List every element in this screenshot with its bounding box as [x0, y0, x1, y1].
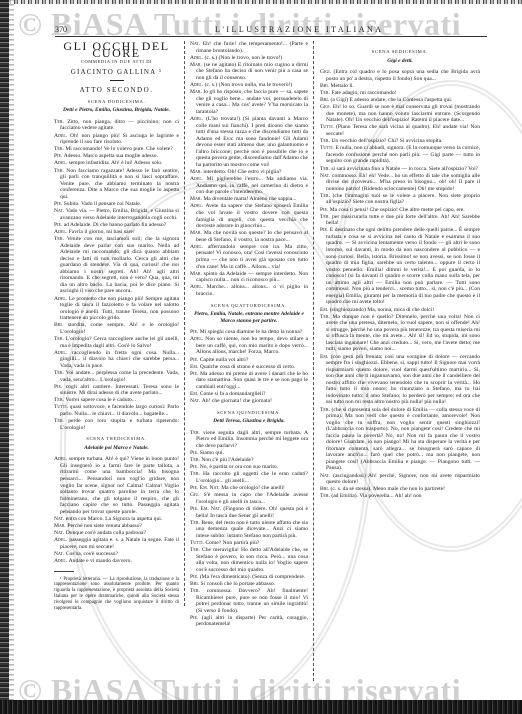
dialogue-text: per rassicurarla tutte e due più forte d…	[326, 214, 480, 227]
dialogue-text: Non so niente, non ho tempo, devo stilar…	[196, 336, 308, 355]
dialogue-line: Em. (con gesti più frenata; così una vor…	[320, 354, 480, 406]
dialogue-line: Pie. Em. Nat. (Fingono di ridere. Oh! qu…	[190, 506, 308, 519]
speaker-name: Giu.	[190, 492, 204, 498]
dialogue-text: Ma diventate matta! Almeno che sappia...	[203, 196, 296, 202]
dialogue-line: Nat. Vado via. — Pietro, Emilia, Brigida…	[54, 208, 179, 221]
dialogue-line: Mar. spinto da Adelaide — sempre interde…	[190, 271, 308, 284]
dialogue-line: Bri. Mettalo lì.	[320, 83, 480, 90]
dialogue-line: Ter. Mi raccomando! Ve lo volevo pure. C…	[54, 146, 179, 153]
speaker-name: Mar.	[190, 196, 203, 202]
dialogue-text: Ma cosa ti pensi! Che ospizio! Che altre…	[330, 207, 465, 213]
dialogue-text: interdetto. Oh! Che estro vi piglia?	[203, 169, 281, 175]
dialogue-text: Dunque cos'è andata colla padrona?	[66, 530, 146, 536]
dialogue-line: Adel. raccogliendo in fretta ogni cosa. …	[54, 350, 179, 370]
dialogue-line: Ter. viene seguita dagli altri, sempre t…	[190, 430, 308, 450]
dialogue-line: Ter. Un vecchio dell'ospizio? Chi? Si av…	[320, 138, 480, 145]
speaker-name: Adel.	[190, 116, 206, 122]
dialogue-text: Avete da sapere che Stefano sposerà Emil…	[196, 203, 308, 229]
dialogue-line: Adel. (c. s.) (Non le trovo, non le trov…	[190, 55, 308, 62]
footnote: ¹ Proprietà letteraria. — La riproduzion…	[54, 577, 179, 612]
speaker-name: Gigi.	[320, 69, 333, 75]
dialogue-text: (a Gigi) E adesso andate, che la Contess…	[331, 97, 453, 103]
dialogue-text: Mi spieghi cosa diamine le ha detto la n…	[200, 329, 303, 335]
dialogue-line: Tutti. (Piano Teresa che sarà vicina al …	[320, 124, 480, 137]
dialogue-line: Bri. Si consoli che lo portate abbasso.	[190, 581, 308, 588]
column-1: GLI OCCHI DEL CUORE COMMEDIA IN DUE ATTI…	[54, 41, 179, 611]
dialogue-line: Pie. No, è partita or ora con suo marito…	[190, 464, 308, 471]
dialogue-line: Nat. commosso. Eh! eh! Vede... ho un eff…	[320, 173, 480, 193]
dialogue-text: (c. s.) (Non le trovo, non le trovo!)	[205, 55, 283, 61]
dialogue-text: Voi andate... perplessa come la preceden…	[60, 370, 179, 383]
speaker-name: Bri.	[54, 322, 68, 328]
dialogue-line: Bri. (a Gigi) E adesso andate, che la Co…	[320, 97, 480, 104]
speaker-name: Ter.	[320, 314, 332, 320]
dialogue-line: Ter. Che meraviglia! Ho detto all'Adelai…	[190, 547, 308, 573]
speaker-name: Gigi.	[320, 104, 333, 110]
column-divider	[184, 41, 185, 606]
dialogue-text: Ma che novità son queste? Io che pensavo…	[196, 230, 308, 243]
dialogue-text: perde con loro stupita e turbata ripeten…	[60, 418, 179, 431]
dialogue-text: Che meraviglia! Ho detto all'Adelaide ch…	[196, 547, 308, 573]
speaker-name: Tutti.	[320, 145, 335, 151]
speaker-name: Mar.	[190, 271, 204, 277]
speaker-name: Ter.	[190, 588, 207, 594]
speaker-name: Ter.	[320, 193, 333, 199]
scene-cast: Detti Teresa, Giustina e Brigida.	[190, 418, 308, 425]
play-subtitle: COMMEDIA IN DUE ATTI DI	[54, 59, 179, 66]
dialogue-text: (Piano Teresa che sarà vicina al quadro)…	[326, 124, 480, 137]
dialogue-text: (c. s.) (Non trovo nulla, ma le troverò!…	[205, 82, 293, 88]
speaker-name: Pie.	[190, 357, 200, 363]
dialogue-line: Adel. Andate e vi mando davvero.	[54, 558, 179, 565]
dialogue-text: quasi sottovoce, e facendole largo curio…	[60, 404, 179, 417]
title-rule	[110, 80, 124, 81]
dialogue-text: (Ma l'era dimenticato). (Senza di compre…	[200, 574, 306, 580]
dialogue-line: Adel. Le prometto che non piango più! Se…	[54, 296, 179, 322]
dialogue-text: Un vecchio dell'ospizio? Chi? Si avvicin…	[331, 138, 442, 144]
dialogue-text: (che l'immagini tuoi se le volete a piac…	[326, 193, 480, 206]
dialogue-text: Io gli ho risposto, che faccia pure — sa…	[196, 89, 308, 115]
dialogue-line: Nat. Ah! che giornata! che giornata!	[190, 398, 308, 405]
dialogue-text: ad Adelaide. Di che hanno parlato fin ad…	[64, 222, 167, 228]
scene-cast: Gigi e detti.	[320, 58, 480, 65]
speaker-name: Ter.	[190, 430, 203, 436]
speaker-name: Mar.	[190, 169, 203, 175]
speaker-name: Adel.	[54, 160, 69, 166]
speaker-name: Adel.	[190, 176, 207, 182]
dialogue-line: Ter. commossa. Davvero? Ah! finalmente! …	[190, 588, 308, 614]
dialogue-line: Bri. stordita, come sempre. Ah! e le oro…	[54, 322, 179, 335]
dialogue-line: Ter. Vorrei sapere cosa le è caduto...	[54, 397, 179, 404]
dialogue-text: (singhiozzando) Ma, nonna, mica di che d…	[330, 307, 434, 313]
dialogue-line: Pie. (Ma l'era dimenticato). (Senza di c…	[190, 574, 308, 581]
dialogue-line: Pie. (agli altri in disparte) Per carità…	[190, 615, 308, 628]
speaker-name: Nat.	[54, 551, 66, 557]
speaker-name: Ter.	[320, 407, 332, 413]
dialogue-line: Pie. Adesso. Marco aspetta sua moglie ad…	[54, 153, 179, 160]
dialogue-line: Adel. Non so niente, non ho tempo, devo …	[190, 336, 308, 356]
dialogue-text: Non facciamo ragazzate! Adesso le farò s…	[60, 168, 179, 200]
speaker-name: Pie.	[54, 384, 66, 390]
speaker-name: Adel.	[190, 336, 205, 342]
speaker-name: Nat.	[54, 516, 66, 522]
dialogue-text: Qualche cosa di strano è successo di cer…	[200, 364, 295, 370]
dialogue-line: Ter. Ha raccolto gli oggetti che le eran…	[190, 471, 308, 484]
speaker-name: Mar.	[54, 523, 67, 529]
dialogue-line: Em. (singhiozzando) Ma, nonna, mica di c…	[320, 307, 480, 314]
speaker-name: Pie. Em. Nat.	[190, 506, 223, 512]
dialogue-line: Ter. Zitto, non pianga, ditro — piccinin…	[54, 119, 179, 132]
dialogue-text: sempre turbata. Ah! è qui? Viene in buon…	[60, 456, 179, 514]
dialogue-line: Adel. (c. s.) (Non trovo nulla, ma le tr…	[190, 82, 308, 89]
dialogue-line: Ter. Non c'è più l'Adelaide?	[190, 457, 308, 464]
speaker-name: Pie.	[190, 615, 202, 621]
dialogue-text: (che si ripresenta sola del dolore di Em…	[326, 407, 480, 472]
dialogue-text: Favria il giorno, mi basi sare!	[69, 229, 135, 235]
dialogue-line: Ter. (che si ripresenta sola del dolore …	[320, 407, 480, 472]
dialogue-text: sempre infastidita. Ah! è lui! Adesso so…	[69, 160, 163, 166]
dialogue-line: Tutti. E nulla, non ci abbadi, signora. …	[320, 145, 480, 165]
dialogue-text: commosso. Eh! eh! Vede... ho un effetto …	[326, 173, 480, 192]
speaker-name: Ter.	[320, 166, 331, 172]
dialogue-text: Venite con me, lasciamoli soli; che la s…	[60, 236, 179, 294]
dialogue-text: commossa. Davvero? Ah! finalmente! Ricam…	[196, 588, 308, 614]
speaker-name: Ter.	[320, 138, 331, 144]
speaker-name: Ter.	[54, 336, 66, 342]
speaker-name: Nat.	[54, 208, 66, 214]
dialogue-text: Fate adagio, mi raccomando!	[331, 90, 396, 96]
speaker-name: Em.	[190, 364, 200, 370]
dialogue-line: Ter. si sarà avvicinata fino a Natale — …	[320, 166, 480, 173]
speaker-name: Nat.	[320, 173, 332, 179]
dialogue-text: Eh! che furie! che temperamento!... (Par…	[196, 41, 308, 54]
dialogue-text: Capite nulla voi altri?	[200, 357, 249, 363]
dialogue-line: Pie. Subito. Vado il pensare coi Natale.	[54, 201, 179, 208]
dialogue-text: Ah! che giornata! che giornata!	[202, 398, 272, 404]
speaker-name: Adel.	[54, 133, 70, 139]
speaker-name: Pie.	[54, 153, 64, 159]
speaker-name: Adel.	[54, 537, 69, 543]
dialogue-text: (c. s. da sé stessa). Meno male che non …	[331, 486, 445, 492]
dialogue-text: Si consoli che lo portate abbasso.	[201, 581, 276, 587]
speaker-name: Ter.	[190, 520, 201, 526]
speaker-name: Mar.	[190, 230, 204, 236]
dialogue-line: Pie. Ma cosa ti pensi! Che ospizio! Che …	[320, 207, 480, 214]
speaker-name: Em.	[190, 391, 200, 397]
dialogue-line: Nat. Cos'ha, cos'è successo?	[54, 551, 179, 558]
dialogue-text: raccogliendo in fretta ogni cosa. Nulla.…	[60, 350, 179, 369]
dialogue-block: Gigi. (Entra col quadro e lo posa sopra …	[320, 69, 480, 500]
speaker-name: Ter.	[54, 146, 65, 152]
speaker-name: Adel.	[54, 558, 69, 564]
dialogue-line: Pie. Em. Nat. Ma che orologio! che anell…	[190, 485, 308, 492]
dialogue-line: Ter. (ad Emilia). Via poverella... Ah! a…	[320, 493, 480, 500]
speaker-name: Tutti.	[320, 124, 336, 130]
speaker-name: Pie.	[190, 371, 200, 377]
footnote-rule	[54, 571, 74, 572]
dialogue-line: Mar. Ma diventate matta! Almeno che sapp…	[190, 196, 308, 203]
speaker-name: Ter.	[190, 547, 202, 553]
dialogue-text: spinto da Adelaide — sempre interdetto. …	[196, 271, 308, 284]
dialogue-block: Ter. viene seguita dagli altri, sempre t…	[190, 430, 308, 628]
dialogue-text: (L'ho trovata!) (Si pianta davanti a Mar…	[196, 116, 308, 168]
dialogue-line: Ter. Fate adagio, mi raccomando!	[320, 90, 480, 97]
speaker-name: Pie.	[190, 464, 200, 470]
dialogue-line: Nat. Eh! che furie! che temperamento!...…	[190, 41, 308, 54]
speaker-name: Adel.	[54, 456, 69, 462]
dialogue-block: Nat. Eh! che furie! che temperamento!...…	[190, 41, 308, 298]
dialogue-text: Ma adesso mi preme di avere i danari che…	[196, 371, 308, 390]
column-divider	[313, 41, 314, 681]
dialogue-text: Subito. Vado il pensare coi Natale.	[64, 201, 141, 207]
dialogue-text: Marche... allons... allons... o vi pigli…	[196, 284, 308, 297]
dialogue-text: Andate e vi mando davvero.	[69, 558, 132, 564]
dialogue-text: (se ne agitato) E ritornato mio cugino a…	[196, 62, 308, 81]
dialogue-line: Giu. S'è messa in capo che l'Adelaide av…	[190, 492, 308, 505]
speaker-name: Ter.	[320, 214, 332, 220]
dialogue-line: Gigi. (Entra col quadro e lo posa sopra …	[320, 69, 480, 82]
dialogue-line: Ter. Bene, del resto non è tutto niente …	[190, 520, 308, 540]
dialogue-line: Em. Come si fa a domandarglieli?	[190, 391, 308, 398]
dialogue-line: Nat. entra con Marco. La Signora la aspe…	[54, 516, 179, 523]
play-author: GIACINTO GALLINA ¹	[54, 69, 179, 76]
dialogue-text: Non c'è più l'Adelaide?	[201, 457, 253, 463]
speaker-name: Nat.	[320, 473, 333, 479]
speaker-name: Pie.	[320, 227, 330, 233]
dialogue-text: Come? Non partirà più?	[205, 540, 259, 546]
page-number: 370	[55, 25, 67, 34]
speaker-name: Nat.	[190, 41, 203, 47]
dialogue-line: Pie. E destinato che ogni delitto prende…	[320, 227, 480, 306]
scene-heading: SCENA QUINDICESIMA.	[190, 410, 308, 417]
speaker-name: Bri.	[320, 486, 331, 492]
scene-cast: Pietro, Emilia, Natale, entrano mentre A…	[190, 311, 308, 324]
dialogue-text: L'orologio? Cerca raccogliere anche lei …	[60, 336, 179, 349]
speaker-name: Bri.	[320, 83, 331, 89]
speaker-name: Nat.	[190, 398, 202, 404]
scene-heading: SCENA SEDICESIMA.	[320, 49, 480, 56]
speaker-name: Adel.	[54, 296, 69, 302]
dialogue-line: Ter. (che l'immagini tuoi se le volete a…	[320, 193, 480, 206]
dialogue-line: Pie. cogli altri cantiere. Interessati. …	[54, 384, 179, 397]
dialogue-text: viene seguita dagli altri, sempre turbat…	[196, 430, 308, 449]
scan-bottom-edge	[0, 700, 522, 714]
dialogue-line: Pie. ad Adelaide. Di che hanno parlato f…	[54, 222, 179, 229]
column-2: Nat. Eh! che furie! che temperamento!...…	[190, 41, 308, 629]
speaker-name: Adel.	[54, 350, 72, 356]
dialogue-text: Ma dunque non è quello? Ditemelo, perchè…	[326, 314, 480, 353]
act-heading: ATTO SECONDO.	[54, 87, 179, 94]
dialogue-text: Ma che orologio! che anelli!	[221, 485, 285, 491]
dialogue-text: cogli altri cantiere. Interessati. Teres…	[60, 384, 179, 397]
dialogue-text: Cos'ha, cos'è successo?	[66, 551, 118, 557]
dialogue-text: Oh! non piango più! Si asciuga le lagrim…	[60, 133, 179, 146]
dialogue-line: Pie. Mi spieghi cosa diamine le ha detto…	[190, 329, 308, 336]
dialogue-text: (asciugandosi) Ah! perchè, Signore, non …	[326, 473, 480, 486]
speaker-name: Bri.	[320, 97, 331, 103]
dialogue-text: (ad Emilia). Via poverella... Ah! ah! no…	[331, 493, 421, 499]
speaker-name: Adel.	[190, 55, 205, 61]
speaker-name: Pie.	[190, 574, 200, 580]
dialogue-line: Ter. Venite con me, lasciamoli soli; che…	[54, 236, 179, 295]
speaker-name: Adel.	[190, 82, 205, 88]
dialogue-line: Em. Qualche cosa di strano è successo di…	[190, 364, 308, 371]
dialogue-line: Adel. sempre turbata. Ah! è qui? Viene i…	[54, 456, 179, 515]
dialogue-text: (con gesti più frenata; così una voragin…	[326, 354, 480, 406]
dialogue-text: S'è messa in capo che l'Adelaide avesse …	[196, 492, 308, 505]
speaker-name: Ter.	[54, 370, 66, 376]
dialogue-line: Pie. Capite nulla voi altri?	[190, 357, 308, 364]
speaker-name: Mar.	[190, 89, 203, 95]
speaker-name: Pie.	[320, 207, 330, 213]
speaker-name: Ter.	[320, 90, 331, 96]
dialogue-text: (Entra col quadro e lo posa sopra una se…	[326, 69, 480, 82]
speaker-name: Bri.	[190, 581, 201, 587]
dialogue-text: si sarà avvicinata fino a Natale — lo to…	[331, 166, 478, 172]
dialogue-line: Ter. per rassicurarla tutte e due più fo…	[320, 214, 480, 227]
dialogue-text: Siamo qui.	[200, 450, 224, 456]
dialogue-text: Le prometto che non piango più! Sempre a…	[60, 296, 179, 322]
header-rule	[55, 36, 487, 37]
dialogue-text: Come si fa a domandarglieli?	[200, 391, 266, 397]
dialogue-text: entra con Marco. La Signora la aspetta q…	[66, 516, 162, 522]
scene-cast: Adelaide poi Marco e Natale.	[54, 445, 179, 452]
dialogue-line: Pie. Ma adesso mi preme di avere i danar…	[190, 371, 308, 391]
dialogue-line: Tutti. quasi sottovoce, e facendole larg…	[54, 404, 179, 417]
speaker-name: Adel.	[190, 203, 205, 209]
dialogue-text: Eh! lo so. Guardi se non è mai conservat…	[326, 104, 480, 123]
dialogue-line: Mar. interdetto. Oh! Che estro vi piglia…	[190, 169, 308, 176]
speaker-name: Em.	[320, 307, 330, 313]
speaker-name: Ter.	[190, 471, 203, 477]
speaker-name: Nat.	[54, 530, 66, 536]
dialogue-line: Mar. Ma che novità son queste? Io che pe…	[190, 230, 308, 243]
dialogue-line: Bri. (c. s. da sé stessa). Meno male che…	[320, 486, 480, 493]
column-3: SCENA SEDICESIMA. Gigi e detti. Gigi. (E…	[320, 44, 480, 501]
scene-heading: SCENA DODICESIMA.	[54, 99, 179, 106]
scan-top-edge	[0, 0, 522, 4]
speaker-name: Ter.	[54, 418, 68, 424]
speaker-name: Ter.	[320, 493, 331, 499]
dialogue-line: Adel. sempre infastidita. Ah! è lui! Ade…	[54, 160, 179, 167]
dialogue-text: E destinato che ogni delitto prendere de…	[326, 227, 480, 305]
speaker-name: Mar.	[190, 62, 204, 68]
dialogue-text: Mi raccomando! Ve lo volevo pure. Che vo…	[65, 146, 172, 152]
dialogue-line: Adel. Marche... allons... allons... o vi…	[190, 284, 308, 297]
speaker-name: Ter.	[54, 397, 65, 403]
dialogue-text: Zitto, non pianga, ditro — piccinino; no…	[60, 119, 179, 132]
speaker-name: Pie.	[190, 329, 200, 335]
dialogue-line: Nat. (asciugandosi) Ah! perchè, Signore,…	[320, 473, 480, 486]
dialogue-text: Ha raccolto gli oggetti che le eran cadu…	[196, 471, 308, 484]
dialogue-line: Mar. Perchè non siete venuta abbasso?	[54, 523, 179, 530]
scan-binding-shadow	[9, 0, 14, 700]
dialogue-line: Tutti. Come? Non partirà più?	[190, 540, 308, 547]
dialogue-text: Perchè non siete venuta abbasso?	[67, 523, 142, 529]
speaker-name: Em.	[320, 354, 331, 360]
speaker-name: Adel.	[54, 229, 69, 235]
dialogue-text: Vorrei sapere cosa le è caduto...	[65, 397, 136, 403]
speaker-name: Ter.	[54, 119, 67, 125]
speaker-name: Pie.	[54, 201, 64, 207]
dialogue-text: Mi piglierebbe l'estro... Ma andiamo via…	[196, 176, 308, 195]
dialogue-block: Adel. sempre turbata. Ah! è qui? Viene i…	[54, 456, 179, 564]
dialogue-line: Adel. Favria il giorno, mi basi sare!	[54, 229, 179, 236]
dialogue-text: Vado via. — Pietro, Emilia, Brigida, e G…	[60, 208, 179, 221]
dialogue-text: afferrandolo sempre con ira. Ma zitto, p…	[196, 244, 308, 270]
speaker-name: Ter.	[54, 236, 67, 242]
dialogue-line: Gigi. Eh! lo so. Guardi se non è mai con…	[320, 104, 480, 124]
journal-title: L'ILLUSTRAZIONE ITALIANA	[215, 25, 384, 34]
dialogue-line: Nat. Dunque cos'è andata colla padrona?	[54, 530, 179, 537]
speaker-name: Adel.	[190, 244, 208, 250]
dialogue-line: Ter. Non facciamo ragazzate! Adesso le f…	[54, 168, 179, 201]
dialogue-block: Pie. Mi spieghi cosa diamine le ha detto…	[190, 329, 308, 405]
speaker-name: Tutti.	[54, 404, 70, 410]
dialogue-line: Ter. Voi andate... perplessa come la pre…	[54, 370, 179, 383]
dialogue-line: Adel. passeggia agitata e. s. a Natale l…	[54, 537, 179, 550]
dialogue-text: Bene, del resto non è tutto niente affat…	[196, 520, 308, 539]
scan-binding-edge	[0, 0, 9, 700]
play-title: GLI OCCHI DEL CUORE	[54, 43, 179, 56]
scene-heading: SCENA QUATTORDICESIMA.	[190, 303, 308, 310]
dialogue-text: E nulla, non ci abbadi, signora. (E la c…	[326, 145, 480, 164]
speaker-name: Pie. Em. Nat.	[190, 485, 221, 491]
speaker-name: Ter.	[190, 457, 201, 463]
dialogue-line: Adel. Oh! non piango più! Si asciuga le …	[54, 133, 179, 146]
dialogue-text: Adesso. Marco aspetta sua moglie adesso.	[64, 153, 158, 159]
dialogue-text: stordita, come sempre. Ah! e le orologio…	[60, 322, 179, 335]
dialogue-line: Mar. Io gli ho risposto, che faccia pure…	[190, 89, 308, 115]
dialogue-line: Pie. Siamo qui.	[190, 450, 308, 457]
speaker-name: Adel.	[190, 284, 207, 290]
speaker-name: Tutti.	[190, 540, 205, 546]
scene-heading: SCENA TREDICESIMA.	[54, 436, 179, 443]
dialogue-text: passeggia agitata e. s. a Natale la segu…	[60, 537, 179, 550]
scene-cast: Detti e Pietro, Emilia, Giustina, Brigid…	[54, 107, 179, 114]
dialogue-line: Adel. Mi piglierebbe l'estro... Ma andia…	[190, 176, 308, 196]
speaker-name: Ter.	[54, 168, 66, 174]
dialogue-text: No, è partita or ora con suo marito.	[200, 464, 278, 470]
speaker-name: Pie.	[190, 450, 200, 456]
dialogue-line: Ter. L'orologio? Cerca raccogliere anche…	[54, 336, 179, 349]
dialogue-line: Adel. (L'ho trovata!) (Si pianta davanti…	[190, 116, 308, 168]
dialogue-text: (agli altri in disparte) Per carità, cor…	[196, 615, 308, 628]
speaker-name: Pie.	[54, 222, 64, 228]
dialogue-line: Ter. Ma dunque non è quello? Ditemelo, p…	[320, 314, 480, 353]
dialogue-line: Adel. afferrandolo sempre con ira. Ma zi…	[190, 244, 308, 270]
dialogue-block: Ter. Zitto, non pianga, ditro — piccinin…	[54, 119, 179, 431]
dialogue-line: Adel. Avete da sapere che Stefano sposer…	[190, 203, 308, 229]
dialogue-line: Mar. (se ne agitato) E ritornato mio cug…	[190, 62, 308, 82]
dialogue-line: Ter. perde con loro stupita e turbata ri…	[54, 418, 179, 431]
dialogue-text: Mettalo lì.	[331, 83, 354, 89]
